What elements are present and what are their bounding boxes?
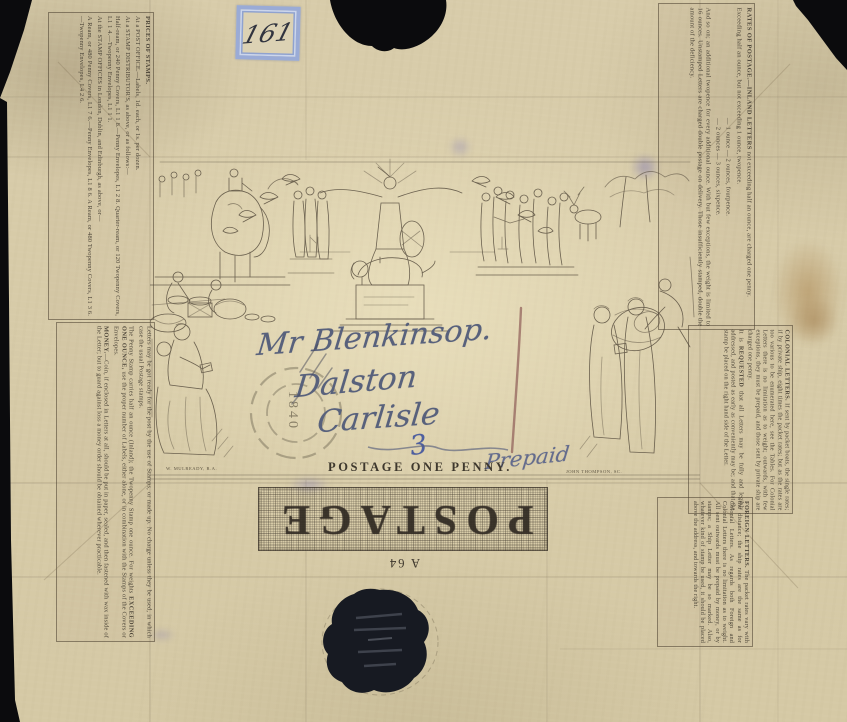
- postage-one-penny-caption: POSTAGE ONE PENNY.: [328, 460, 512, 475]
- catalog-number: 161: [239, 17, 297, 49]
- panel-right-rates: RATES OF POSTAGE.—INLAND LETTERS not exc…: [658, 3, 755, 330]
- rates-line: — 1 ounce — 2 ounces, fourpence.: [724, 7, 732, 326]
- rates-heading-line: RATES OF POSTAGE.—INLAND LETTERS not exc…: [744, 7, 752, 326]
- postage-flap-block: POSTAGE: [258, 487, 548, 551]
- prices-line: Half-ream, or 240 Penny Covers, L1 1 8.—…: [105, 16, 120, 316]
- ink-smudge: [630, 153, 660, 181]
- postage-reversed-word: POSTAGE: [273, 495, 534, 543]
- money-note: MONEY.—Coin, if enclosed in Letters at a…: [94, 326, 109, 638]
- foreign-paragraph: FOREIGN LETTERS. The packet rates vary w…: [692, 501, 751, 643]
- artist-credit: W. MULREADY, R.A.: [166, 466, 217, 471]
- panel-right-foreign: FOREIGN LETTERS. The packet rates vary w…: [657, 497, 753, 647]
- notes-line: Letters may be got ready for the post by…: [137, 326, 152, 638]
- stereo-number: A 64: [378, 555, 430, 570]
- panel-left-notes: Letters may be got ready for the post by…: [56, 322, 155, 642]
- prices-line: At a POST OFFICE.—Labels, 1d. each, or 1…: [133, 16, 141, 316]
- panel-left-prices: PRICES OF STAMPS. At a POST OFFICE.—Labe…: [48, 12, 154, 320]
- prices-line: A Ream, or 480 Penny Covers, L1 7 6.—Pen…: [78, 16, 93, 316]
- colonial-paragraph: COLONIAL LETTERS. If sent by packet boat…: [746, 329, 790, 510]
- scanned-mulready-letter-sheet: PRICES OF STAMPS. At a POST OFFICE.—Labe…: [0, 0, 847, 722]
- fold-crease: [305, 0, 307, 160]
- notes-line: The Penny Stamp carries half an ounce (I…: [112, 326, 135, 638]
- water-stain: [788, 296, 840, 346]
- fold-crease: [560, 648, 847, 650]
- rates-line: Exceeding half an ounce, but not exceedi…: [734, 7, 742, 326]
- requested-paragraph: It is REQUESTED that all Letters may be …: [722, 329, 744, 510]
- engraver-credit: JOHN THOMPSON, SC.: [566, 469, 622, 474]
- panel-right-colonial: COLONIAL LETTERS. If sent by packet boat…: [688, 325, 793, 514]
- rates-line: — 2 ounces — 3 ounces, sixpence.: [713, 7, 721, 326]
- prices-line: At the STAMP OFFICES in London, Dublin, …: [95, 16, 103, 316]
- rates-line: And so on; an additional twopence for ev…: [687, 7, 710, 326]
- prices-heading: PRICES OF STAMPS.: [144, 16, 151, 84]
- ink-smudge: [448, 136, 472, 158]
- catalog-label: 161: [235, 5, 300, 61]
- prices-line: At a STAMP DISTRIBUTOR'S, as above, or a…: [123, 16, 131, 316]
